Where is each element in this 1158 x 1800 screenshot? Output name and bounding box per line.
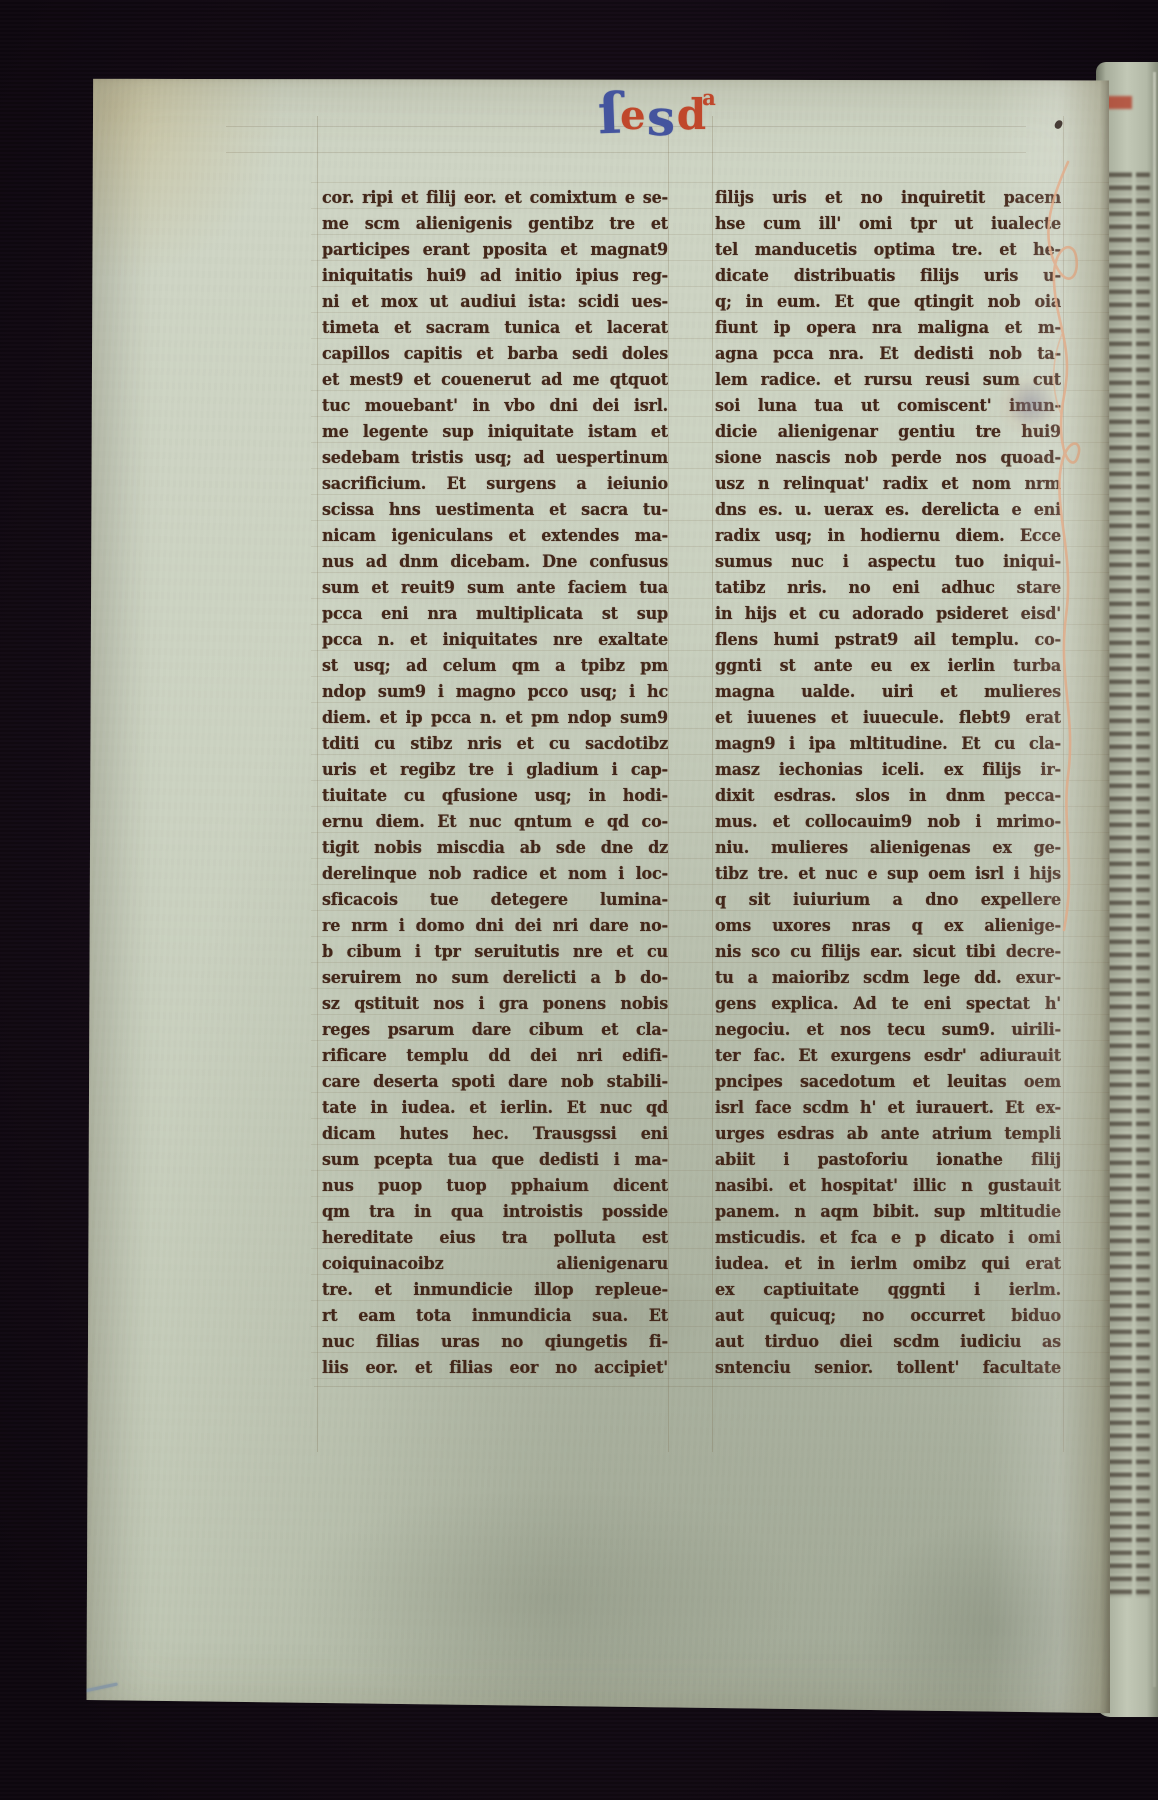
page-edge-sheen: [86, 78, 1110, 1718]
background-cloth: ſesda cor. ripi et filij eor. et comixtu…: [0, 0, 1158, 1800]
page-edge-line: [1153, 72, 1156, 1687]
facing-page-red-header: [1106, 96, 1132, 109]
facing-page-text-lines: [1136, 170, 1150, 1597]
manuscript-page: ſesda cor. ripi et filij eor. et comixtu…: [86, 78, 1110, 1718]
facing-page-text-lines: [1108, 170, 1132, 1597]
